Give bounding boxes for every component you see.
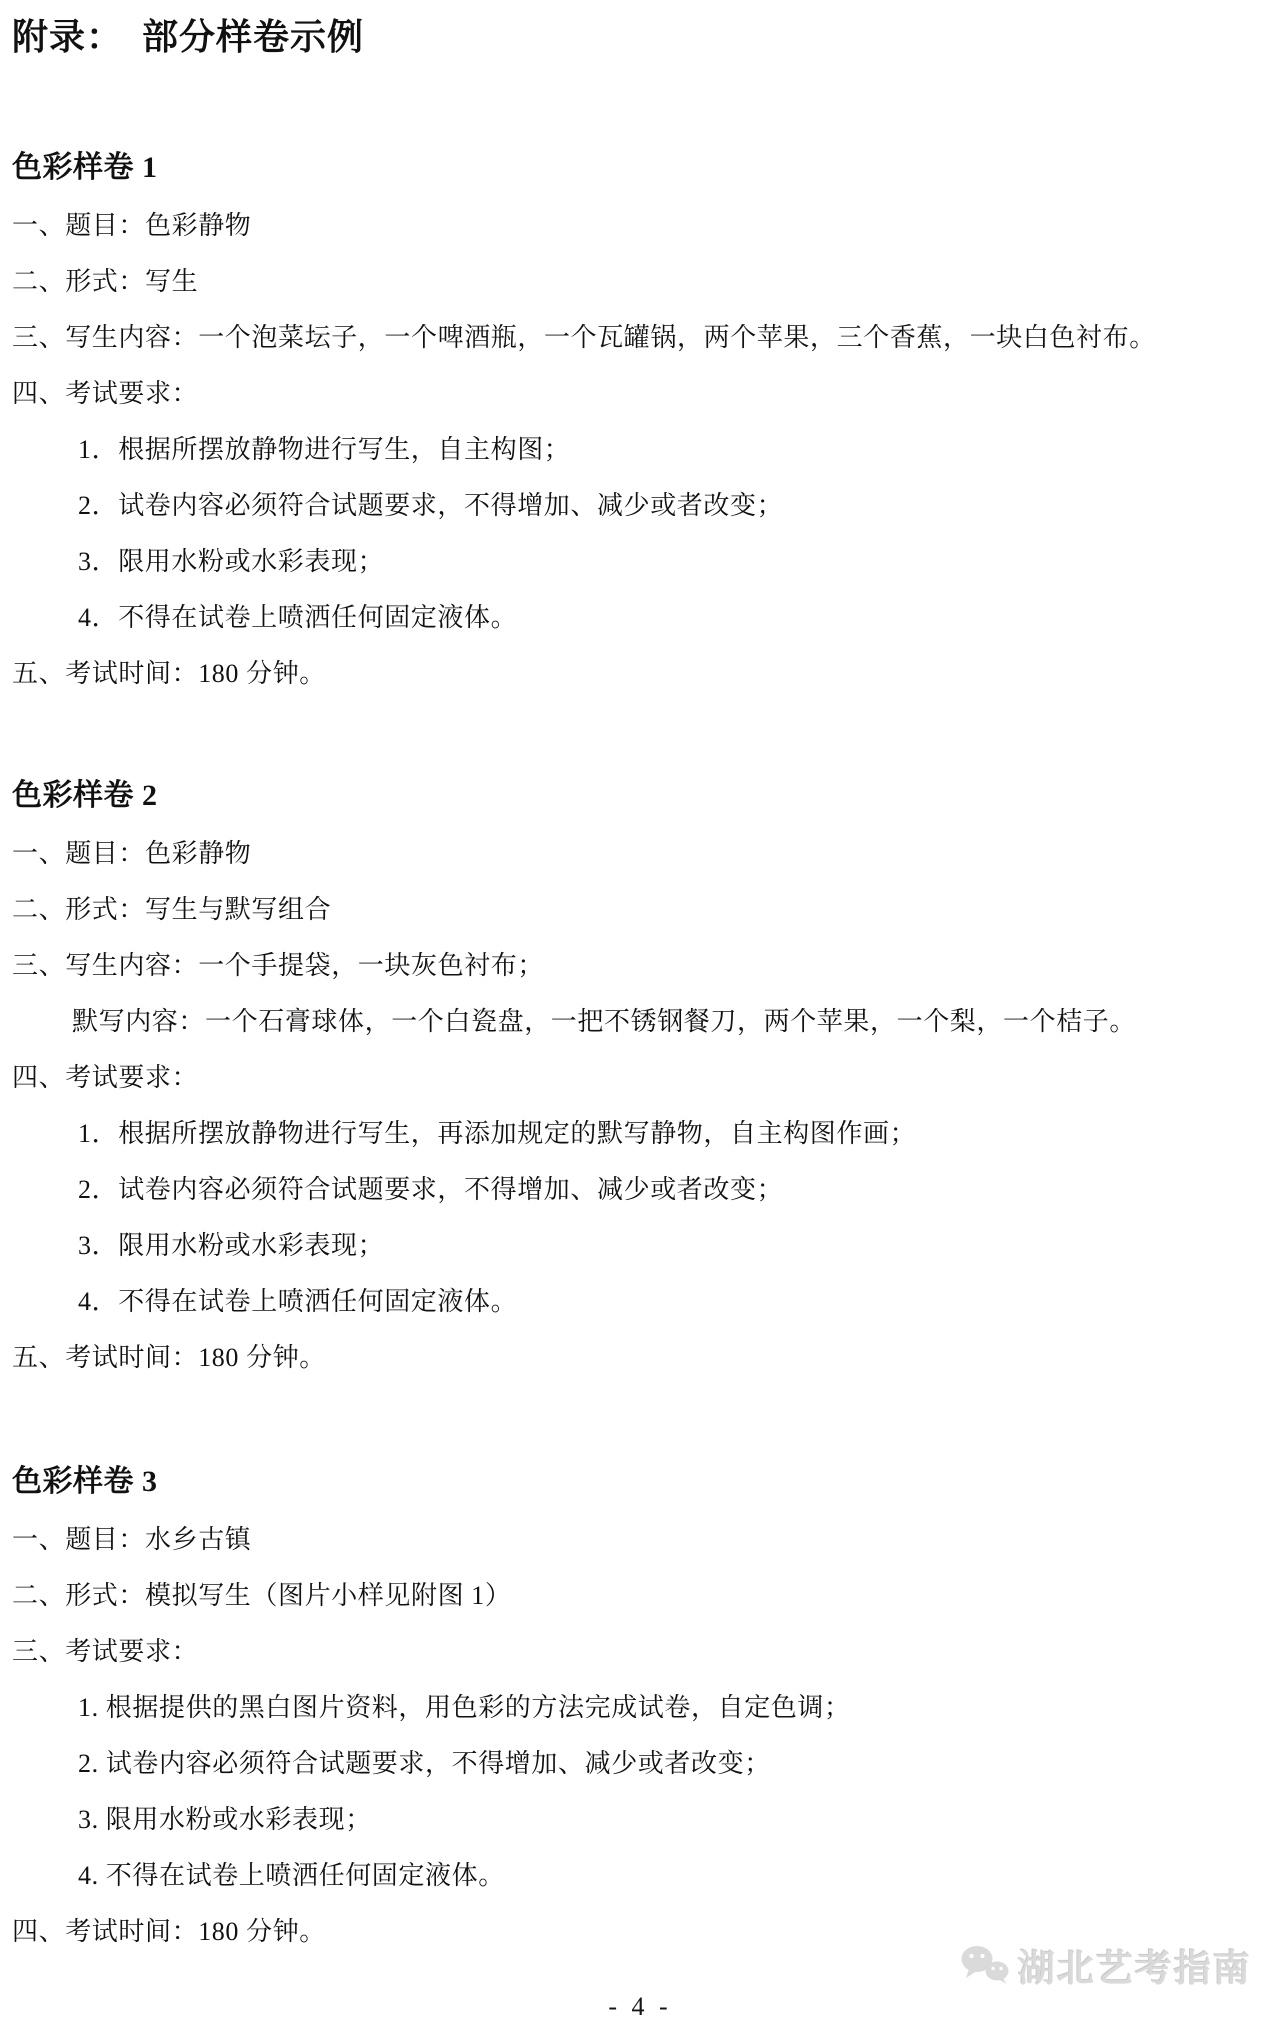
doc-line-memory-content: 默写内容：一个石膏球体，一个白瓷盘，一把不锈钢餐刀，两个苹果，一个梨，一个桔子。 (12, 1004, 1270, 1040)
watermark-text: 湖北艺考指南 (1018, 1938, 1252, 1992)
section-sample-3: 色彩样卷 3 一、题目：水乡古镇 二、形式：模拟写生（图片小样见附图 1） 三、… (12, 1462, 1270, 1950)
section-2-heading: 色彩样卷 2 (12, 776, 1270, 816)
appendix-title: 附录： 部分样卷示例 (12, 14, 1270, 60)
doc-line-requirements: 三、考试要求： (12, 1634, 1270, 1670)
doc-line-req-3: 3. 限用水粉或水彩表现； (12, 1802, 1270, 1838)
page-footer: 湖北艺考指南 - 4 - (0, 1914, 1280, 2034)
doc-line-format: 二、形式：写生 (12, 264, 1270, 300)
page-number: - 4 - (0, 1992, 1280, 2022)
section-3-heading: 色彩样卷 3 (12, 1462, 1270, 1502)
doc-line-req-4: 4．不得在试卷上喷洒任何固定液体。 (12, 1284, 1270, 1320)
doc-line-req-2: 2．试卷内容必须符合试题要求，不得增加、减少或者改变； (12, 1172, 1270, 1208)
doc-line-topic: 一、题目：色彩静物 (12, 836, 1270, 872)
doc-line-requirements: 四、考试要求： (12, 376, 1270, 412)
doc-line-req-1: 1．根据所摆放静物进行写生，再添加规定的默写静物，自主构图作画； (12, 1116, 1270, 1152)
doc-line-topic: 一、题目：水乡古镇 (12, 1522, 1270, 1558)
doc-line-requirements: 四、考试要求： (12, 1060, 1270, 1096)
doc-line-content: 三、写生内容：一个泡菜坛子，一个啤酒瓶，一个瓦罐锅，两个苹果，三个香蕉，一块白色… (12, 320, 1270, 356)
doc-line-req-1: 1．根据所摆放静物进行写生，自主构图； (12, 432, 1270, 468)
section-1-heading: 色彩样卷 1 (12, 148, 1270, 188)
doc-line-req-2: 2．试卷内容必须符合试题要求，不得增加、减少或者改变； (12, 488, 1270, 524)
doc-line-req-4: 4. 不得在试卷上喷洒任何固定液体。 (12, 1858, 1270, 1894)
doc-line-duration: 五、考试时间：180 分钟。 (12, 656, 1270, 692)
doc-line-req-3: 3．限用水粉或水彩表现； (12, 1228, 1270, 1264)
section-sample-1: 色彩样卷 1 一、题目：色彩静物 二、形式：写生 三、写生内容：一个泡菜坛子，一… (12, 148, 1270, 692)
doc-line-req-1: 1. 根据提供的黑白图片资料，用色彩的方法完成试卷，自定色调； (12, 1690, 1270, 1726)
doc-line-req-4: 4．不得在试卷上喷洒任何固定液体。 (12, 600, 1270, 636)
doc-line-req-2: 2. 试卷内容必须符合试题要求，不得增加、减少或者改变； (12, 1746, 1270, 1782)
watermark: 湖北艺考指南 (960, 1938, 1252, 1992)
wechat-icon (960, 1944, 1012, 1986)
doc-line-req-3: 3．限用水粉或水彩表现； (12, 544, 1270, 580)
document-page: 附录： 部分样卷示例 色彩样卷 1 一、题目：色彩静物 二、形式：写生 三、写生… (0, 14, 1280, 1950)
section-sample-2: 色彩样卷 2 一、题目：色彩静物 二、形式：写生与默写组合 三、写生内容：一个手… (12, 776, 1270, 1376)
doc-line-content: 三、写生内容：一个手提袋，一块灰色衬布； (12, 948, 1270, 984)
doc-line-duration: 五、考试时间：180 分钟。 (12, 1340, 1270, 1376)
doc-line-format: 二、形式：写生与默写组合 (12, 892, 1270, 928)
doc-line-format: 二、形式：模拟写生（图片小样见附图 1） (12, 1578, 1270, 1614)
doc-line-topic: 一、题目：色彩静物 (12, 208, 1270, 244)
